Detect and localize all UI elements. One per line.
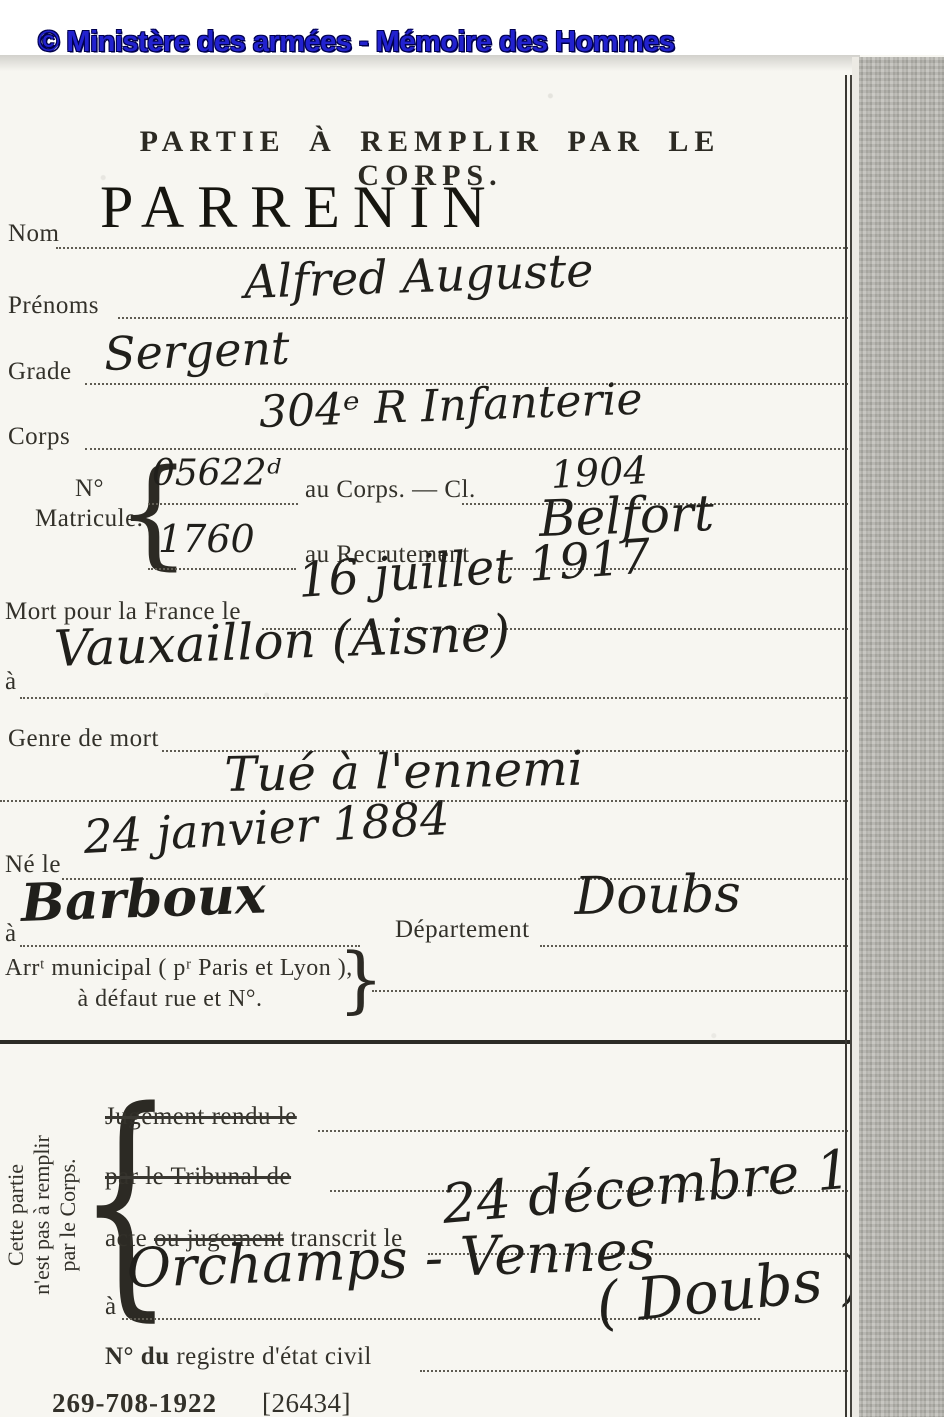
viewer-page: © Ministère des armées - Mémoire des Hom… xyxy=(0,0,944,1417)
field-value-matricule-corps: 05622ᵈ xyxy=(152,453,281,494)
field-label-grade: Grade xyxy=(8,358,72,386)
registre-label-bold: N° du xyxy=(105,1343,176,1370)
binding-gap xyxy=(852,57,859,1417)
field-label-genre-de-mort: Genre de mort xyxy=(8,725,159,753)
field-value-matricule-recrutement: 1760 xyxy=(158,517,255,561)
field-label-a-transcription: à xyxy=(105,1293,117,1321)
field-label-prenoms: Prénoms xyxy=(8,292,99,320)
scanned-document: PARTIE À REMPLIR PAR LE CORPS. PARRENIN … xyxy=(0,55,944,1417)
dotted-line xyxy=(420,1370,848,1372)
field-value-nom: PARRENIN xyxy=(100,173,499,242)
field-label-a-mort: à xyxy=(5,668,17,696)
side-note-line2: n'est pas à remplir xyxy=(29,1065,55,1365)
dotted-line xyxy=(372,990,848,992)
binding-texture xyxy=(859,57,944,1417)
side-note-line1: Cette partie xyxy=(3,1065,29,1365)
dotted-line xyxy=(318,1130,848,1132)
field-label-numero: N° xyxy=(75,475,104,503)
field-label-departement: Département xyxy=(395,916,530,944)
field-label-jugement: Jugement rendu le xyxy=(105,1103,297,1131)
dotted-line xyxy=(20,697,848,699)
dotted-line xyxy=(148,503,298,505)
dotted-line xyxy=(148,568,296,570)
field-label-tribunal: par le Tribunal de xyxy=(105,1163,291,1191)
field-label-registre: N° du registre d'état civil xyxy=(105,1343,372,1371)
side-note-rotated: Cette partie n'est pas à remplir par le … xyxy=(3,1065,81,1365)
dotted-line xyxy=(118,317,848,319)
field-label-arrondissement-line2: à défaut rue et N°. xyxy=(5,986,335,1013)
binding-line xyxy=(845,75,847,1417)
arrondissement-brace: } xyxy=(338,943,384,1015)
plate-ref: [26434] xyxy=(262,1388,351,1417)
registre-label-rest: registre d'état civil xyxy=(176,1343,372,1370)
field-label-au-corps-cl: au Corps. — Cl. xyxy=(305,476,476,504)
section-divider xyxy=(0,1040,858,1044)
field-value-departement: Doubs xyxy=(574,864,741,927)
scan-edge-shadow xyxy=(0,55,860,73)
binding-line xyxy=(850,75,852,1417)
binding-edge xyxy=(845,57,944,1417)
field-label-corps: Corps xyxy=(8,423,70,451)
dotted-line xyxy=(540,945,848,947)
field-value-grade: Sergent xyxy=(103,321,290,381)
field-value-lieu-naissance: Barboux xyxy=(20,864,267,934)
field-label-nom: Nom xyxy=(8,220,60,248)
dotted-line xyxy=(85,448,848,450)
dotted-line xyxy=(20,945,360,947)
field-label-arrondissement-line1: Arrᵗ municipal ( pʳ Paris et Lyon ), xyxy=(5,955,335,982)
field-label-a-naissance: à xyxy=(5,920,17,948)
print-code: 269-708-1922 xyxy=(52,1388,217,1417)
